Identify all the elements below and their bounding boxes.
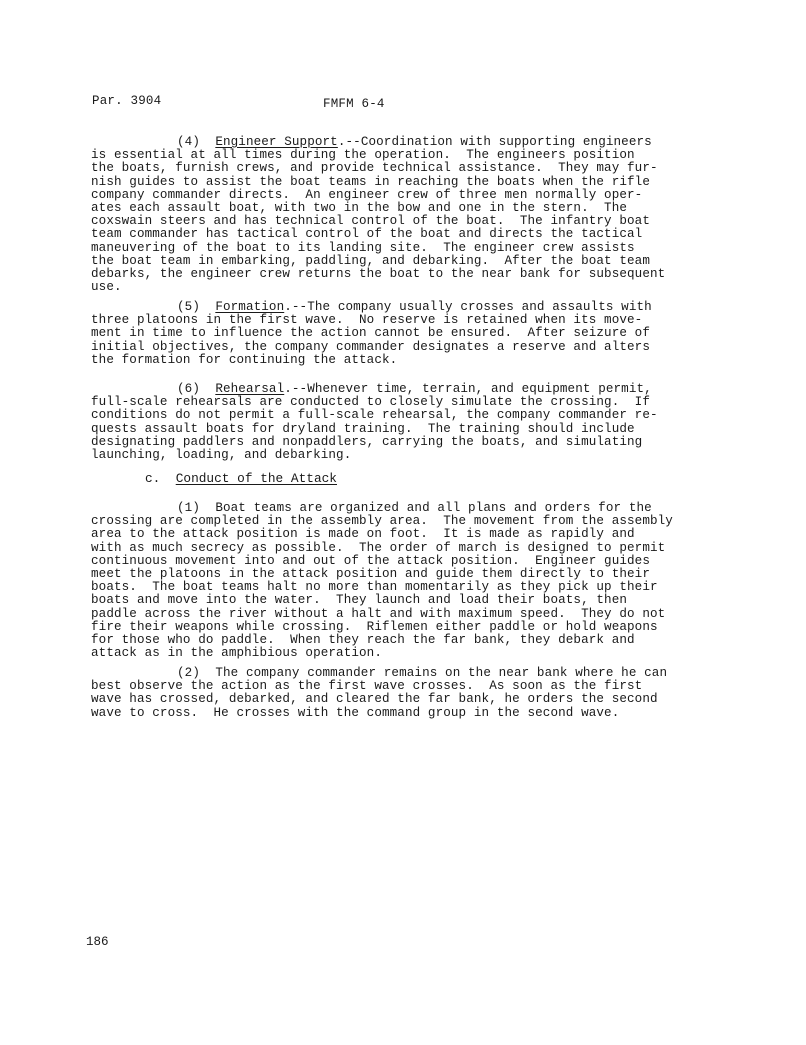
paragraph-number: (1) <box>177 501 200 515</box>
paragraph-rehearsal: (6) Rehearsal.--Whenever time, terrain, … <box>91 383 691 462</box>
paragraph-heading: Rehearsal <box>215 382 284 396</box>
paragraph-engineer-support: (4) Engineer Support.--Coordination with… <box>91 136 691 294</box>
text-line: ment in time to influence the action can… <box>91 327 691 340</box>
text-line: use. <box>91 281 691 294</box>
text-line: wave has crossed, debarked, and cleared … <box>91 693 691 706</box>
paragraph-number: (5) <box>177 300 200 314</box>
paragraph-attack-1: (1) Boat teams are organized and all pla… <box>91 502 691 660</box>
text-line: with as much secrecy as possible. The or… <box>91 542 691 555</box>
paragraph-formation: (5) Formation.--The company usually cros… <box>91 301 691 367</box>
text-line: boats and move into the water. They laun… <box>91 594 691 607</box>
text-line: the boats, furnish crews, and provide te… <box>91 162 691 175</box>
text-line: launching, loading, and debarking. <box>91 449 691 462</box>
text-line: quests assault boats for dryland trainin… <box>91 423 691 436</box>
manual-identifier: FMFM 6-4 <box>323 97 385 111</box>
text-line: conditions do not permit a full-scale re… <box>91 409 691 422</box>
text-line: maneuvering of the boat to its landing s… <box>91 242 691 255</box>
document-page: Par. 3904 FMFM 6-4 (4) Engineer Support.… <box>0 0 806 1045</box>
text-line: nish guides to assist the boat teams in … <box>91 176 691 189</box>
text-line: the formation for continuing the attack. <box>91 354 691 367</box>
text-line: team commander has tactical control of t… <box>91 228 691 241</box>
text-line: wave to cross. He crosses with the comma… <box>91 707 691 720</box>
paragraph-reference: Par. 3904 <box>92 94 161 108</box>
section-letter: c. <box>145 471 160 486</box>
text-line: debarks, the engineer crew returns the b… <box>91 268 691 281</box>
paragraph-number: (2) <box>177 666 200 680</box>
text-line: initial objectives, the company commande… <box>91 341 691 354</box>
paragraph-heading: Engineer Support <box>215 135 338 149</box>
text-line: attack as in the amphibious operation. <box>91 647 691 660</box>
paragraph-attack-2: (2) The company commander remains on the… <box>91 667 691 720</box>
paragraph-number: (4) <box>177 135 200 149</box>
paragraph-number: (6) <box>177 382 200 396</box>
page-number: 186 <box>86 935 109 949</box>
section-heading: c. Conduct of the Attack <box>145 471 337 486</box>
section-title: Conduct of the Attack <box>176 471 337 486</box>
paragraph-heading: Formation <box>215 300 284 314</box>
text-line: paddle across the river without a halt a… <box>91 608 691 621</box>
text-line: area to the attack position is made on f… <box>91 528 691 541</box>
